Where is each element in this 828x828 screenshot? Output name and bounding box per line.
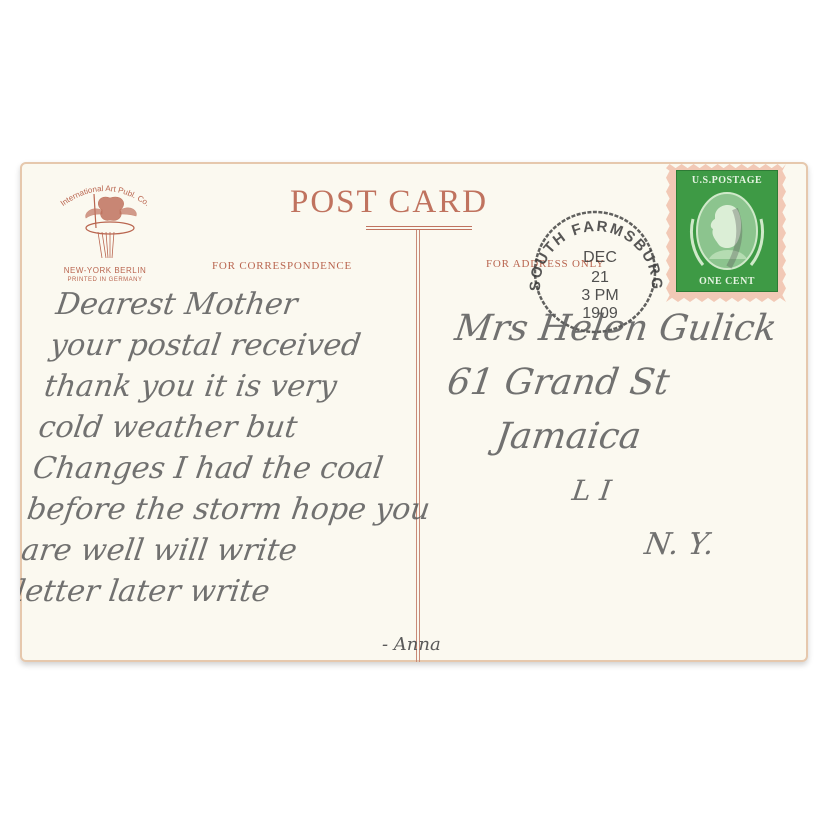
address-line: N. Y.: [641, 518, 808, 572]
message-line: letter later write: [20, 571, 421, 612]
address-line: Mrs Helen Gulick: [451, 302, 780, 356]
stamp-face: U.S.POSTAGE ONE CENT: [676, 170, 778, 292]
franklin-portrait-icon: [685, 189, 769, 273]
message-line: Dearest Mother: [53, 284, 461, 325]
address-line: 61 Grand St: [444, 356, 773, 410]
message-line: your postal received: [48, 325, 456, 366]
message-line: before the storm hope you: [24, 489, 432, 530]
eagle-palette-emblem-icon: [80, 188, 140, 266]
message-line: Changes I had the coal: [30, 448, 438, 489]
postage-stamp: U.S.POSTAGE ONE CENT: [666, 164, 786, 302]
message-line: thank you it is very: [42, 366, 450, 407]
stamp-bottom-text: ONE CENT: [681, 275, 773, 288]
signature: - Anna: [382, 634, 441, 655]
stamp-top-text: U.S.POSTAGE: [681, 174, 773, 187]
handwritten-address: Mrs Helen Gulick 61 Grand St Jamaica L I…: [421, 302, 780, 572]
publisher-cities: NEW-YORK BERLIN: [50, 266, 160, 275]
address-line: Jamaica: [492, 410, 808, 464]
postmark-month: DEC: [583, 249, 617, 266]
address-line: L I: [569, 464, 808, 518]
message-line: are well will write: [20, 530, 427, 571]
correspondence-label: FOR CORRESPONDENCE: [212, 260, 352, 272]
message-line: cold weather but: [36, 407, 444, 448]
postcard-back: International Art Publ. Co. NEW-YORK BER…: [20, 162, 808, 662]
postcard-title: POST CARD: [290, 184, 488, 221]
handwritten-message: Dearest Mother your postal received than…: [20, 284, 462, 612]
printed-in-germany: PRINTED IN GERMANY: [50, 277, 160, 283]
postmark-day: 21: [591, 269, 609, 286]
